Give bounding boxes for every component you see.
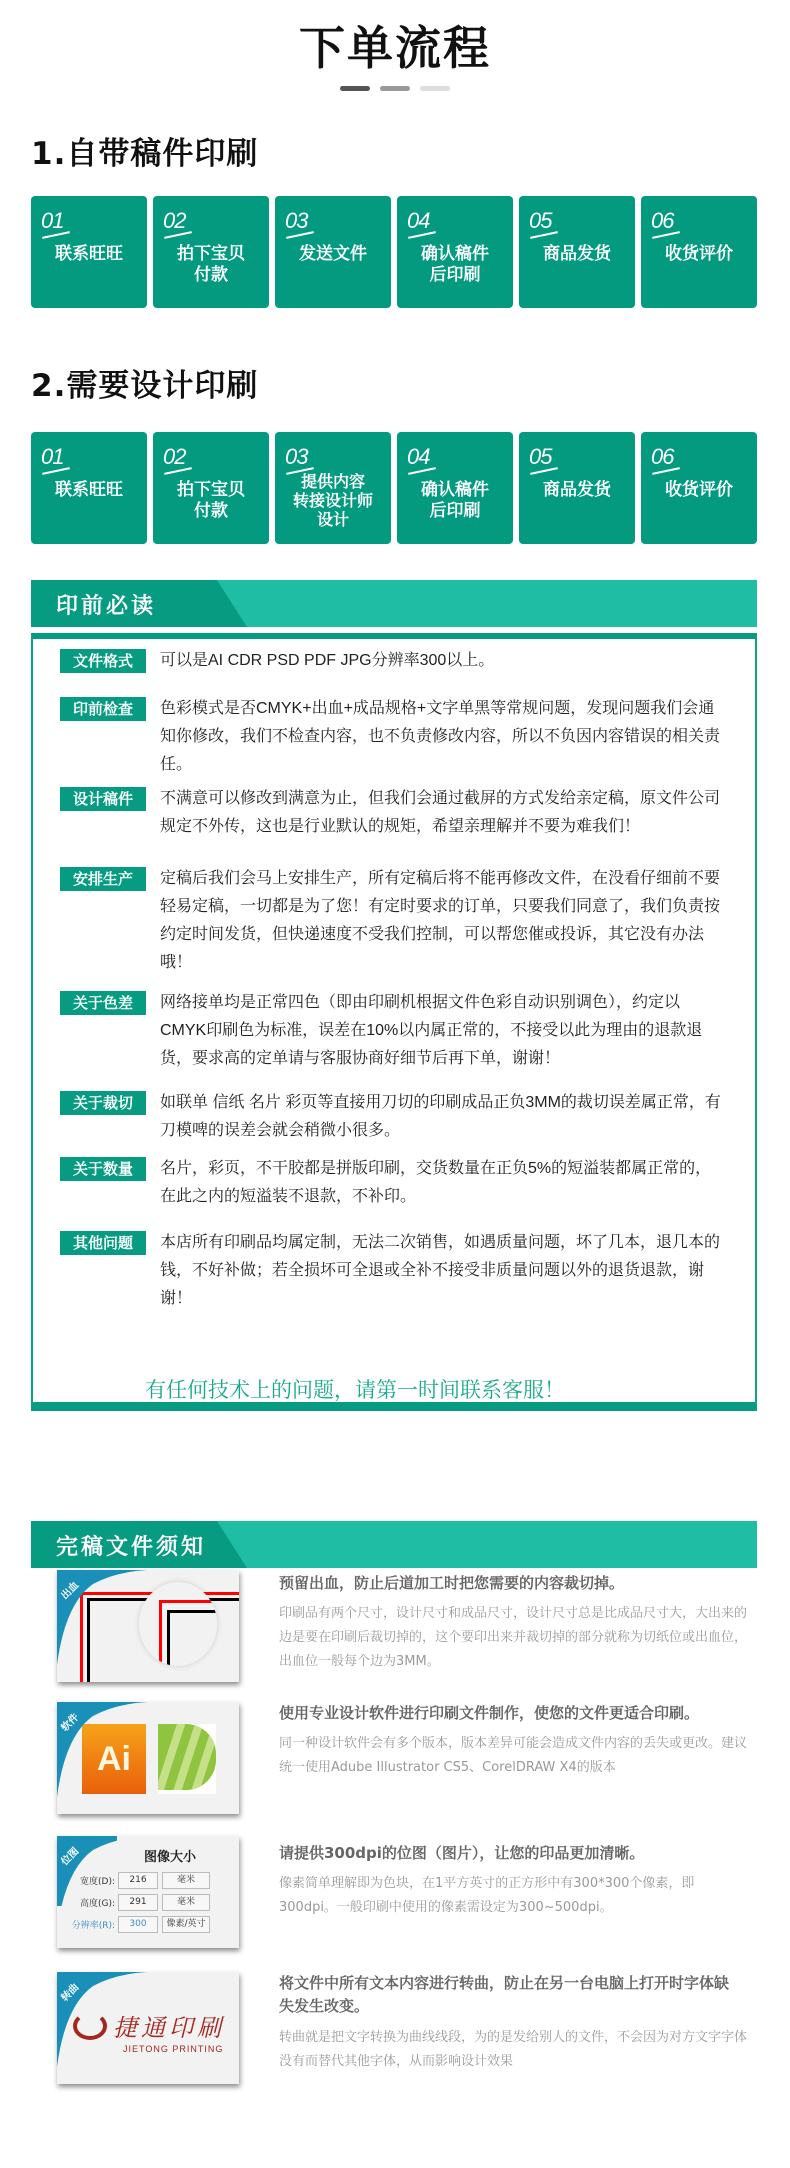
logo-english-text: JIETONG PRINTING [123, 2044, 223, 2054]
flow1-step-5: 05商品发货 [519, 196, 635, 308]
notice-box: 文件格式 可以是AI CDR PSD PDF JPG分辨率300以上。 印前检查… [31, 633, 757, 1411]
divider-dot-3 [420, 86, 450, 91]
jietong-logo-icon [73, 2012, 107, 2040]
width-unit: 毫米 [162, 1872, 210, 1889]
flow1-steps: 01联系旺旺 02拍下宝贝 付款 03发送文件 04确认稿件 后印刷 05商品发… [31, 196, 757, 308]
step-label: 商品发货 [523, 244, 631, 265]
resolution-row: 分辨率(R): 300 像素/英寸 [61, 1916, 210, 1933]
guide-banner-title: 完稿文件须知 [56, 1530, 206, 1561]
height-value: 291 [118, 1894, 158, 1911]
flow1-heading: 1.自带稿件印刷 [31, 128, 258, 173]
software-illustration: Ai 软件 [57, 1702, 239, 1814]
notice-tag: 文件格式 [60, 649, 146, 673]
notice-tag: 安排生产 [60, 867, 146, 891]
step-label: 联系旺旺 [35, 480, 143, 501]
flow1-step-2: 02拍下宝贝 付款 [153, 196, 269, 308]
notice-text: 不满意可以修改到满意为止，但我们会通过截屏的方式发给亲定稿，原文件公司规定不外传… [160, 785, 722, 841]
notice-banner: 印前必读 [31, 580, 757, 627]
dialog-title: 图像大小 [115, 1846, 225, 1865]
notice-item-design-draft: 设计稿件 不满意可以修改到满意为止，但我们会通过截屏的方式发给亲定稿，原文件公司… [60, 785, 735, 841]
page-title: 下单流程 [0, 12, 790, 78]
flow2-steps: 01联系旺旺 02拍下宝贝 付款 03提供内容 转接设计师 设计 04确认稿件 … [31, 432, 757, 544]
trim-line-zoomed [167, 1610, 217, 1666]
flow1-step-1: 01联系旺旺 [31, 196, 147, 308]
guide-desc: 转曲就是把文字转换为曲线线段，为的是发给别人的文件，不会因为对方文字字体没有而替… [279, 2026, 749, 2074]
step-label: 联系旺旺 [35, 244, 143, 265]
step-number: 03 [285, 446, 307, 468]
height-row: 高度(G): 291 毫米 [61, 1894, 210, 1911]
image-size-dialog-illustration: 图像大小 宽度(D): 216 毫米 高度(G): 291 毫米 分辨率(R):… [57, 1836, 239, 1948]
step-number: 06 [651, 210, 673, 232]
guide-banner: 完稿文件须知 [31, 1521, 757, 1568]
step-label: 拍下宝贝 付款 [157, 244, 265, 286]
flow2-step-5: 05商品发货 [519, 432, 635, 544]
flow1-step-4: 04确认稿件 后印刷 [397, 196, 513, 308]
width-value: 216 [118, 1872, 158, 1889]
step-number: 05 [529, 446, 551, 468]
flow2-step-2: 02拍下宝贝 付款 [153, 432, 269, 544]
step-number: 01 [41, 210, 63, 232]
step-label: 发送文件 [279, 244, 387, 265]
magnifier-icon [139, 1582, 217, 1666]
step-number: 02 [163, 210, 185, 232]
notice-item-preprint-check: 印前检查 色彩模式是否CMYK+出血+成品规格+文字单黑等常规问题，发现问题我们… [60, 695, 735, 779]
notice-item-quantity: 关于数量 名片，彩页，不干胶都是拼版印刷，交货数量在正负5%的短溢装都属正常的，… [60, 1155, 735, 1211]
notice-text: 名片，彩页，不干胶都是拼版印刷，交货数量在正负5%的短溢装都属正常的，在此之内的… [160, 1155, 722, 1211]
notice-tag: 其他问题 [60, 1231, 146, 1255]
step-label: 收货评价 [645, 480, 753, 501]
notice-tag: 关于数量 [60, 1157, 146, 1181]
guide-title: 预留出血，防止后道加工时把您需要的内容裁切掉。 [279, 1572, 739, 1595]
logo-illustration: 捷通印刷 JIETONG PRINTING 转曲 [57, 1972, 239, 2084]
flow2-step-1: 01联系旺旺 [31, 432, 147, 544]
step-number: 04 [407, 210, 429, 232]
step-number: 06 [651, 446, 673, 468]
step-label: 确认稿件 后印刷 [401, 244, 509, 286]
step-label: 提供内容 转接设计师 设计 [279, 472, 387, 529]
notice-tag: 关于色差 [60, 991, 146, 1015]
title-divider [0, 86, 790, 91]
divider-dot-1 [340, 86, 370, 91]
notice-banner-title: 印前必读 [56, 589, 156, 620]
notice-text: 可以是AI CDR PSD PDF JPG分辨率300以上。 [160, 647, 722, 675]
guide-title: 使用专业设计软件进行印刷文件制作，使您的文件更适合印刷。 [279, 1702, 739, 1725]
step-label: 收货评价 [645, 244, 753, 265]
guide-desc: 同一种设计软件会有多个版本，版本差异可能会造成文件内容的丢失或更改。建议统一使用… [279, 1732, 749, 1780]
resolution-value: 300 [118, 1916, 158, 1933]
width-row: 宽度(D): 216 毫米 [61, 1872, 210, 1889]
guide-title: 请提供300dpi的位图（图片），让您的印品更加清晰。 [279, 1842, 739, 1865]
divider-dot-2 [380, 86, 410, 91]
flow2-step-6: 06收货评价 [641, 432, 757, 544]
notice-item-cutting: 关于裁切 如联单 信纸 名片 彩页等直接用刀切的印刷成品正负3MM的裁切误差属正… [60, 1089, 735, 1145]
flow2-heading: 2.需要设计印刷 [31, 360, 258, 405]
notice-text: 本店所有印刷品均属定制，无法二次销售，如遇质量问题，坏了几本，退几本的钱，不好补… [160, 1229, 722, 1313]
step-number: 01 [41, 446, 63, 468]
step-label: 拍下宝贝 付款 [157, 480, 265, 522]
notice-text: 定稿后我们会马上安排生产，所有定稿后将不能再修改文件，在没看仔细前不要轻易定稿，… [160, 865, 722, 977]
height-unit: 毫米 [162, 1894, 210, 1911]
step-label: 商品发货 [523, 480, 631, 501]
flow1-step-3: 03发送文件 [275, 196, 391, 308]
logo-chinese-text: 捷通印刷 [113, 2008, 225, 2043]
step-number: 04 [407, 446, 429, 468]
coreldraw-shape [158, 1724, 216, 1790]
notice-text: 如联单 信纸 名片 彩页等直接用刀切的印刷成品正负3MM的裁切误差属正常，有刀模… [160, 1089, 722, 1145]
notice-tag: 关于裁切 [60, 1091, 146, 1115]
height-label: 高度(G): [61, 1896, 115, 1909]
step-label: 确认稿件 后印刷 [401, 480, 509, 522]
resolution-label: 分辨率(R): [61, 1918, 115, 1931]
resolution-unit: 像素/英寸 [162, 1916, 210, 1933]
guide-desc: 印刷品有两个尺寸，设计尺寸和成品尺寸，设计尺寸总是比成品尺寸大，大出来的边是要在… [279, 1602, 749, 1674]
step-number: 05 [529, 210, 551, 232]
notice-text: 色彩模式是否CMYK+出血+成品规格+文字单黑等常规问题，发现问题我们会通知你修… [160, 695, 722, 779]
bleed-illustration: 出血 [57, 1570, 239, 1682]
notice-tag: 印前检查 [60, 697, 146, 721]
notice-text: 网络接单均是正常四色（即由印刷机根据文件色彩自动识别调色），约定以CMYK印刷色… [160, 989, 722, 1073]
illustrator-logo-icon: Ai [82, 1724, 146, 1794]
notice-item-other: 其他问题 本店所有印刷品均属定制，无法二次销售，如遇质量问题，坏了几本，退几本的… [60, 1229, 735, 1313]
notice-item-production: 安排生产 定稿后我们会马上安排生产，所有定稿后将不能再修改文件，在没看仔细前不要… [60, 865, 735, 977]
notice-item-color-diff: 关于色差 网络接单均是正常四色（即由印刷机根据文件色彩自动识别调色），约定以CM… [60, 989, 735, 1073]
step-number: 03 [285, 210, 307, 232]
flow2-step-4: 04确认稿件 后印刷 [397, 432, 513, 544]
notice-item-file-format: 文件格式 可以是AI CDR PSD PDF JPG分辨率300以上。 [60, 647, 735, 675]
flow2-step-3: 03提供内容 转接设计师 设计 [275, 432, 391, 544]
step-number: 02 [163, 446, 185, 468]
guide-title: 将文件中所有文本内容进行转曲，防止在另一台电脑上打开时字体缺失发生改变。 [279, 1972, 739, 2018]
contact-support-cta: 有任何技术上的问题，请第一时间联系客服！ [145, 1374, 565, 1404]
notice-tag: 设计稿件 [60, 787, 146, 811]
coreldraw-logo-icon [158, 1724, 216, 1794]
guide-desc: 像素简单理解即为色块，在1平方英寸的正方形中有300*300个像素，即300dp… [279, 1872, 749, 1920]
flow1-step-6: 06收货评价 [641, 196, 757, 308]
